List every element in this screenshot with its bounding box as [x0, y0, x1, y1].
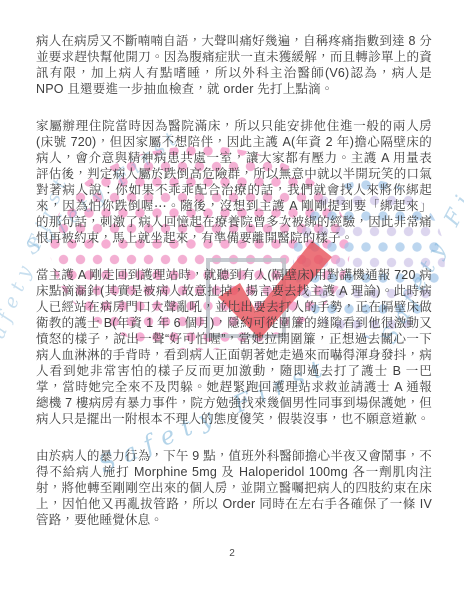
document-body: 病人在病房又不斷喃喃自語，大聲叫痛好幾遍，自稱疼痛指數到達 8 分並要求趕快幫他… [36, 33, 432, 549]
paragraph-2: 家屬辦理住院當時因為醫院滿床，所以只能安排他住進一般的兩人房(床號 720)，但… [36, 118, 432, 246]
page-number: 2 [0, 548, 464, 559]
paragraph-4: 由於病人的暴力行為，下午 9 點，值班外科醫師擔心半夜又會鬧事，不得不給病人施打… [36, 448, 432, 528]
paragraph-1: 病人在病房又不斷喃喃自語，大聲叫痛好幾遍，自稱疼痛指數到達 8 分並要求趕快幫他… [36, 33, 432, 97]
paragraph-3: 當主護 A 剛走回到護理站時，就聽到有人(隔壁床)用對講機通報 720 病床點滴… [36, 267, 432, 427]
document-page: Safety First Safety First Safety First S… [0, 0, 464, 600]
